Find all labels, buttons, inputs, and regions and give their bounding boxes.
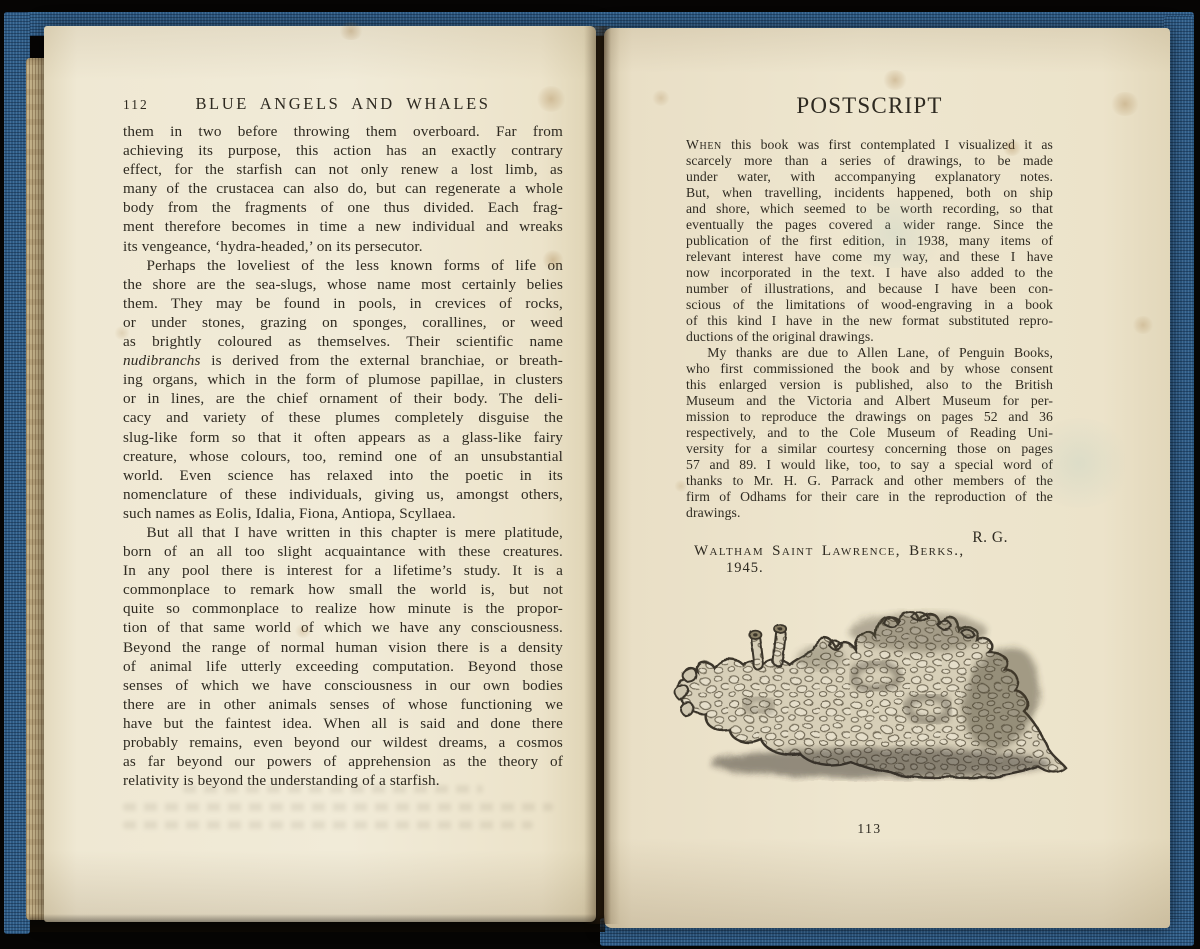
text-line: number of illustrations, and because I h… bbox=[686, 281, 1053, 297]
open-book-photograph: 112 BLUE ANGELS AND WHALES them in two b… bbox=[0, 0, 1200, 949]
page-number-right: 113 bbox=[686, 821, 1053, 837]
foxing-spot bbox=[882, 70, 908, 90]
text-line: as brightly coloured as themselves. Thei… bbox=[123, 332, 563, 351]
page-bottom-shadow bbox=[30, 914, 605, 932]
text-line: senses of which we have consciousness in… bbox=[123, 676, 563, 695]
left-page-header: 112 BLUE ANGELS AND WHALES bbox=[123, 94, 563, 116]
text-line: 57 and 89. I would like, too, to say a s… bbox=[686, 457, 1053, 473]
text-line: or under stones, grazing on sponges, cor… bbox=[123, 313, 563, 332]
text-line: ment therefore becomes in time a new ind… bbox=[123, 217, 563, 236]
text-line: achieving its purpose, this action has a… bbox=[123, 141, 563, 160]
text-line: relevant interest have come my way, and … bbox=[686, 249, 1053, 265]
slug-belly-shadow bbox=[710, 748, 1049, 778]
text-line: creature, whose colours, too, remind one… bbox=[123, 447, 563, 466]
text-line: under water, with accompanying explanato… bbox=[686, 169, 1053, 185]
show-through-smudge bbox=[123, 821, 533, 829]
text-line: scious of the limitations of wood-engrav… bbox=[686, 297, 1053, 313]
foxing-spot bbox=[1132, 316, 1154, 334]
sea-slug-engraving-svg bbox=[668, 600, 1072, 795]
text-line: many of the crustacea can also do, but c… bbox=[123, 179, 563, 198]
text-line: versity for a similar courtesy concernin… bbox=[686, 441, 1053, 457]
text-line: ing organs, which in the form of plumose… bbox=[123, 370, 563, 389]
text-line: tion of that same world of which we have… bbox=[123, 618, 563, 637]
text-line: as far beyond our powers of apprehension… bbox=[123, 752, 563, 771]
slug-body-group bbox=[676, 611, 1065, 778]
text-line: who first commissioned the book and by w… bbox=[686, 361, 1053, 377]
text-line: of this kind I have in the new format su… bbox=[686, 313, 1053, 329]
text-line: of animal life utterly exceeding computa… bbox=[123, 657, 563, 676]
text-line: But, when travelling, incidents happened… bbox=[686, 185, 1053, 201]
paragraph: But all that I have written in this chap… bbox=[123, 523, 563, 790]
text-line: body from the fragments of one thus divi… bbox=[123, 198, 563, 217]
text-line: them in two before throwing them overboa… bbox=[123, 122, 563, 141]
text-line: Perhaps the loveliest of the less known … bbox=[123, 256, 563, 275]
text-line: When this book was first contemplated I … bbox=[686, 137, 1053, 153]
text-line: there are in other animals senses of who… bbox=[123, 695, 563, 714]
text-line: this enlarged version is published, also… bbox=[686, 377, 1053, 393]
text-line: publication of the first edition, in 193… bbox=[686, 233, 1053, 249]
text-line: world. Even science has relaxed into the… bbox=[123, 466, 563, 485]
right-page-body: When this book was first contemplated I … bbox=[686, 137, 1053, 521]
text-line: them. They may be found in pools, in cre… bbox=[123, 294, 563, 313]
text-line: probably remains, even beyond our wildes… bbox=[123, 733, 563, 752]
text-line: effect, for the starfish can not only re… bbox=[123, 160, 563, 179]
text-line: cacy and variety of these plumes complet… bbox=[123, 408, 563, 427]
text-line: In any pool there is interest for a life… bbox=[123, 561, 563, 580]
text-line: respectively, and to the Cole Museum of … bbox=[686, 425, 1053, 441]
paragraph: Perhaps the loveliest of the less known … bbox=[123, 256, 563, 523]
text-line: But all that I have written in this chap… bbox=[123, 523, 563, 542]
text-line: ductions of the original drawings. bbox=[686, 329, 1053, 345]
paragraph: My thanks are due to Allen Lane, of Peng… bbox=[686, 345, 1053, 521]
text-line: its vengeance, ‘hydra-headed,’ on its pe… bbox=[123, 237, 563, 256]
left-page-body: them in two before throwing them overboa… bbox=[123, 122, 563, 790]
text-line: My thanks are due to Allen Lane, of Peng… bbox=[686, 345, 1053, 361]
text-line: commonplace to remark how small the worl… bbox=[123, 580, 563, 599]
paragraph: them in two before throwing them overboa… bbox=[123, 122, 563, 256]
slug-ruffle-shading bbox=[795, 645, 843, 669]
date-line: 1945. bbox=[726, 560, 764, 577]
text-line: slug-like form so that it often appears … bbox=[123, 428, 563, 447]
text-line: quite so commonplace to realize how minu… bbox=[123, 599, 563, 618]
text-line: relativity is beyond the understanding o… bbox=[123, 771, 563, 790]
text-line: or in lines, are the chief ornament of t… bbox=[123, 389, 563, 408]
foxing-spot bbox=[652, 90, 670, 106]
text-line: thanks to Mr. H. G. Parrack and other me… bbox=[686, 473, 1053, 489]
text-line: eventually the pages covered a wider ran… bbox=[686, 217, 1053, 233]
text-line: born of an all too slight acquaintance w… bbox=[123, 542, 563, 561]
right-page: POSTSCRIPT When this book was first cont… bbox=[604, 28, 1170, 928]
foxing-spot bbox=[1110, 92, 1140, 116]
place-line: Waltham Saint Lawrence, Berks., bbox=[694, 543, 965, 560]
text-line: and shore, which seemed to be worth reco… bbox=[686, 201, 1053, 217]
left-page: 112 BLUE ANGELS AND WHALES them in two b… bbox=[44, 26, 596, 922]
running-head: BLUE ANGELS AND WHALES bbox=[123, 94, 563, 114]
text-line: such names as Eolis, Idalia, Fiona, Anti… bbox=[123, 504, 563, 523]
text-line: scarcely more than a series of drawings,… bbox=[686, 153, 1053, 169]
paragraph: When this book was first contemplated I … bbox=[686, 137, 1053, 345]
text-line: have but the faintest idea. When all is … bbox=[123, 714, 563, 733]
text-line: now incorporated in the text. I have als… bbox=[686, 265, 1053, 281]
slug-plume-shading bbox=[850, 612, 987, 652]
sea-slug-illustration bbox=[668, 600, 1072, 795]
show-through-smudge bbox=[123, 803, 553, 811]
text-line: the shore are the sea-slugs, whose name … bbox=[123, 275, 563, 294]
text-line: nudibranchs is derived from the external… bbox=[123, 351, 563, 370]
text-line: nomenclature of these individuals, givin… bbox=[123, 485, 563, 504]
text-line: firm of Odhams for their care in the rep… bbox=[686, 489, 1053, 505]
text-line: mission to reproduce the drawings on pag… bbox=[686, 409, 1053, 425]
text-line: Beyond the range of normal human vision … bbox=[123, 638, 563, 657]
text-line: Museum and the Victoria and Albert Museu… bbox=[686, 393, 1053, 409]
text-line: drawings. bbox=[686, 505, 1053, 521]
postscript-heading: POSTSCRIPT bbox=[686, 93, 1053, 119]
